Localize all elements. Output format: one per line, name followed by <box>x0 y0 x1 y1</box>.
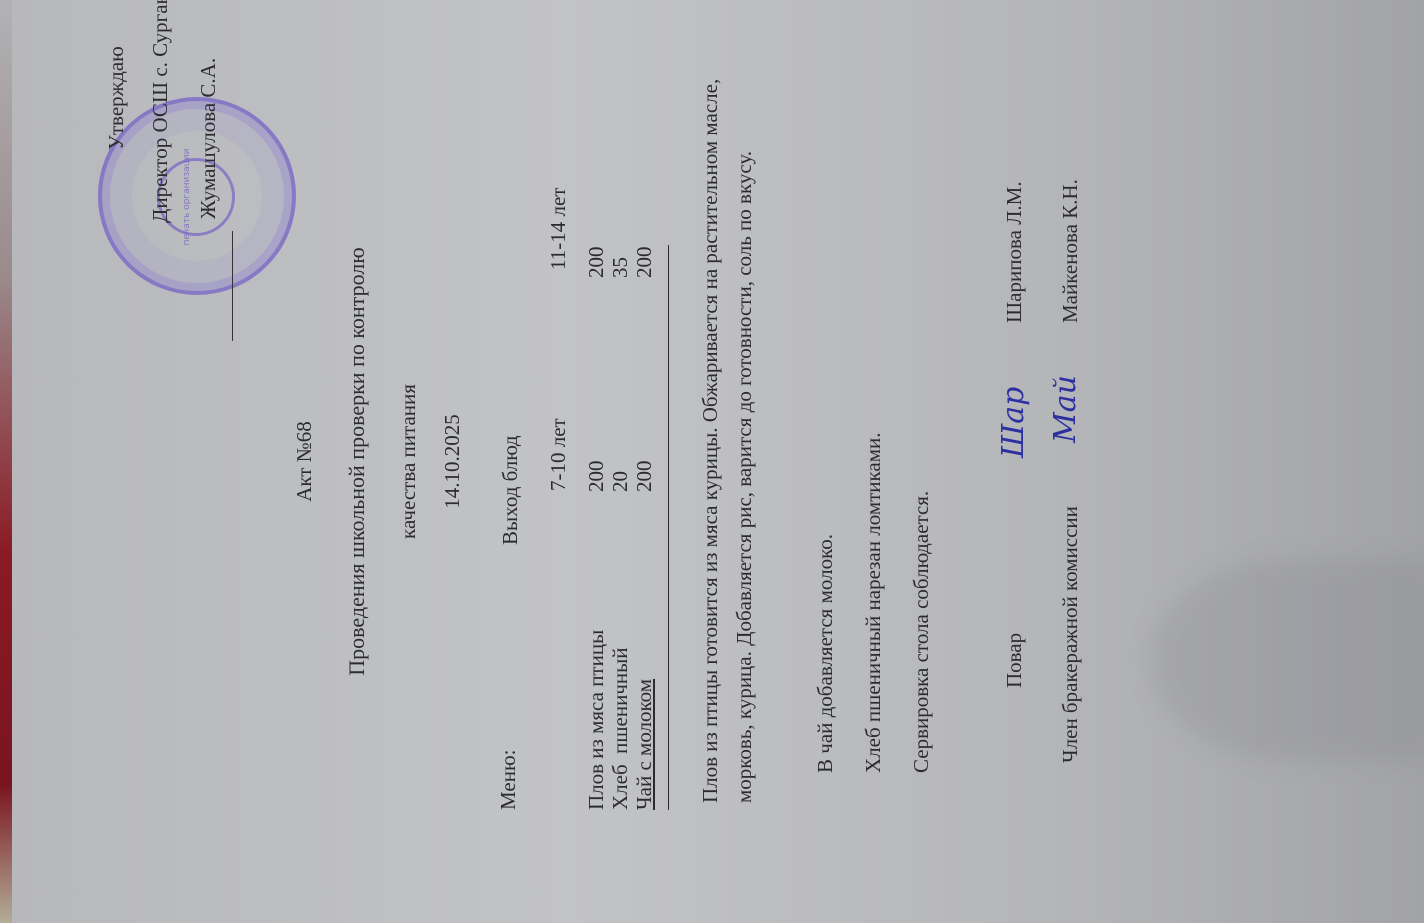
yield-7-10: 20 <box>608 471 632 492</box>
cook-role: Повар <box>1002 633 1027 688</box>
table-row: Плов из мяса птицы 200 200 <box>584 250 608 810</box>
commission-member-signature: Май <box>1048 375 1083 443</box>
act-date: 14.10.2025 <box>440 0 465 923</box>
director-name: Жумашулова С.А. <box>196 58 221 219</box>
yield-7-10: 200 <box>584 461 608 493</box>
document-page: печать организации Утверждаю Директор ОС… <box>0 0 1424 923</box>
note-paragraph: Плов из птицы готовится из мяса курицы. … <box>693 63 761 803</box>
yield-label: Выход блюд <box>498 435 523 545</box>
menu-label: Меню: <box>496 750 521 810</box>
table-row: Чай с молоком 200 200 <box>632 250 656 810</box>
column-header-7-10: 7-10 лет <box>546 418 571 491</box>
table-underline <box>668 245 669 810</box>
menu-table: Плов из мяса птицы 200 200 Хлеб пшеничны… <box>584 250 656 810</box>
cook-signature: Шар <box>996 387 1031 458</box>
stamp-text: печать организации <box>182 117 192 277</box>
yield-11-14: 200 <box>584 247 608 279</box>
commission-member-name: Майкенова К.Н. <box>1058 179 1083 323</box>
director-position: Директор ОСШ с. Сурган <box>148 0 173 223</box>
table-row: Хлеб пшеничный 20 35 <box>608 250 632 810</box>
note-paragraph: Сервировка стола соблюдается. <box>904 33 938 773</box>
approval-heading: Утверждаю <box>104 46 129 150</box>
yield-11-14: 200 <box>632 247 656 279</box>
yield-11-14: 35 <box>608 257 632 278</box>
dish-name: Хлеб пшеничный <box>608 647 632 810</box>
signature-line <box>232 231 233 341</box>
column-header-11-14: 11-14 лет <box>546 188 571 270</box>
note-paragraph: В чай добавляется молоко. <box>808 33 842 773</box>
note-paragraph: Хлеб пшеничный нарезан ломтиками. <box>856 33 890 773</box>
dish-name: Плов из мяса птицы <box>584 630 608 810</box>
cook-name: Шарипова Л.М. <box>1002 181 1027 323</box>
yield-7-10: 200 <box>632 461 656 493</box>
act-title-line1: Проведения школьной проверки по контролю <box>344 0 370 923</box>
dish-name: Чай с молоком <box>632 679 656 810</box>
act-title-line2: качества питания <box>396 0 421 923</box>
act-number: Акт №68 <box>292 0 317 923</box>
commission-member-role: Член бракеражной комиссии <box>1058 506 1083 763</box>
